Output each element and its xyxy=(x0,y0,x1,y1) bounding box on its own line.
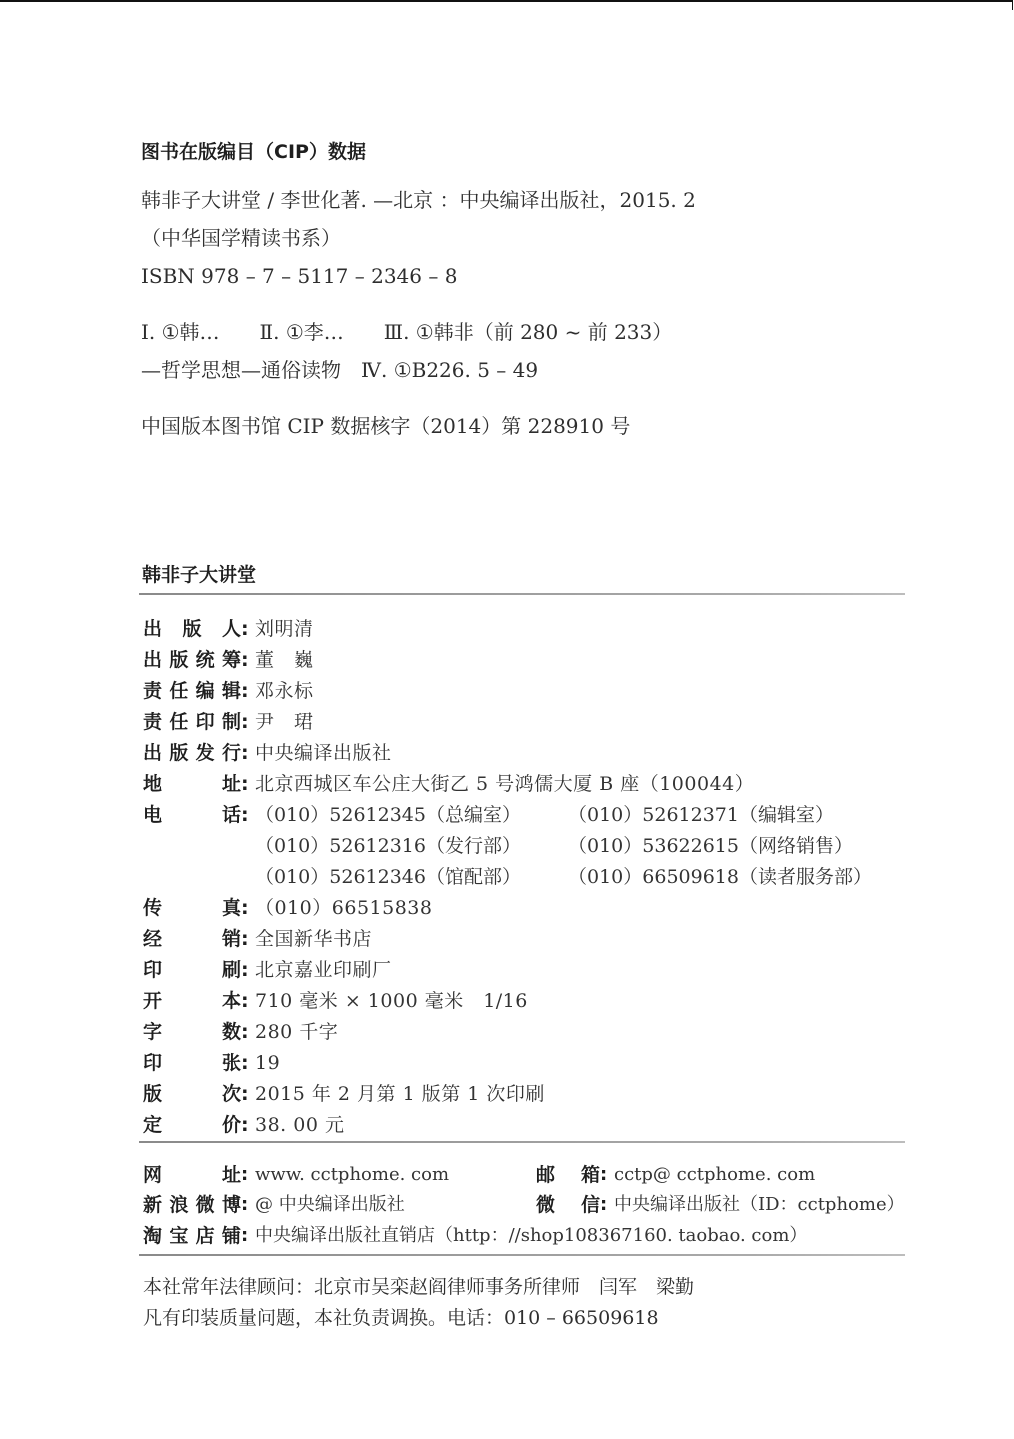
label-colon: : xyxy=(241,926,255,952)
label-colon: : xyxy=(241,740,255,766)
label-colon: : xyxy=(241,1112,255,1138)
spec-label: 印张 xyxy=(143,1050,241,1076)
spec-label: 版次 xyxy=(143,1081,241,1107)
spec-value: （010）66515838 xyxy=(255,895,432,921)
specs-divider xyxy=(139,1141,905,1143)
contacts-divider xyxy=(139,1254,905,1256)
imprint-value: 刘明清 xyxy=(255,616,314,642)
label-colon: : xyxy=(241,771,255,797)
title-divider xyxy=(139,593,905,595)
cip-line-title-author: 韩非子大讲堂 / 李世化著. —北京 ：中央编译出版社，2015. 2 xyxy=(141,187,696,213)
email-field: 邮 箱 : cctp@ cctphome. com xyxy=(536,1162,815,1188)
page-top-border xyxy=(0,0,1012,2)
label-colon: : xyxy=(241,616,255,642)
phone-number: （010）52612345（总编室） xyxy=(255,804,521,826)
label-colon: : xyxy=(241,647,255,673)
phone-field: 电 话 : xyxy=(143,802,255,828)
spec-row: 印张:19 xyxy=(143,1050,280,1076)
phone-label: 电 话 xyxy=(143,802,241,828)
imprint-row: 责任编辑:邓永标 xyxy=(143,678,314,704)
phone-row: （010）52612316（发行部） （010）53622615（网络销售） xyxy=(255,833,521,859)
spec-label: 经销 xyxy=(143,926,241,952)
weibo-account: @ 中央编译出版社 xyxy=(255,1192,405,1218)
phone-number: （010）52612316（发行部） xyxy=(255,835,521,857)
taobao-store-link[interactable]: 中央编译出版社直销店（http：//shop108367160. taobao.… xyxy=(255,1223,807,1249)
phone-number: （010）53622615（网络销售） xyxy=(568,833,853,859)
imprint-row: 出版发行:中央编译出版社 xyxy=(143,740,392,766)
imprint-label: 出版统筹 xyxy=(143,647,241,673)
taobao-label: 淘 宝 店 铺 xyxy=(143,1223,241,1249)
email-link[interactable]: cctp@ cctphome. com xyxy=(614,1162,815,1188)
phone-number: （010）52612346（馆配部） xyxy=(255,866,521,888)
label-colon: : xyxy=(241,1162,255,1188)
imprint-label: 出版发行 xyxy=(143,740,241,766)
spec-value: 北京嘉业印刷厂 xyxy=(255,957,392,983)
spec-row: 定价:38. 00 元 xyxy=(143,1112,344,1138)
cip-classification-line-1: Ⅰ. ①韩… Ⅱ. ①李… Ⅲ. ①韩非（前 280 ~ 前 233） xyxy=(141,319,672,345)
imprint-value: 邓永标 xyxy=(255,678,314,704)
label-colon: : xyxy=(241,1019,255,1045)
spec-row: 印刷:北京嘉业印刷厂 xyxy=(143,957,392,983)
phone-number: （010）52612371（编辑室） xyxy=(568,802,834,828)
legal-counsel-note: 本社常年法律顾问：北京市吴栾赵阎律师事务所律师 闫军 梁勤 xyxy=(143,1274,694,1300)
cip-heading: 图书在版编目（CIP）数据 xyxy=(141,139,366,165)
label-colon: : xyxy=(241,1192,255,1218)
taobao-field: 淘 宝 店 铺 : 中央编译出版社直销店（http：//shop10836716… xyxy=(143,1223,807,1249)
quality-guarantee-note: 凡有印装质量问题，本社负责调换。电话：010 – 66509618 xyxy=(143,1305,659,1331)
label-colon: : xyxy=(241,1223,255,1249)
spec-label: 字数 xyxy=(143,1019,241,1045)
imprint-row: 地址:北京西城区车公庄大街乙 5 号鸿儒大厦 B 座（100044） xyxy=(143,771,754,797)
label-colon: : xyxy=(600,1162,614,1188)
spec-row: 传真:（010）66515838 xyxy=(143,895,432,921)
spec-value: 全国新华书店 xyxy=(255,926,372,952)
spec-label: 定价 xyxy=(143,1112,241,1138)
imprint-value: 北京西城区车公庄大街乙 5 号鸿儒大厦 B 座（100044） xyxy=(255,771,754,797)
website-label: 网 址 xyxy=(143,1162,241,1188)
spec-value: 2015 年 2 月第 1 版第 1 次印刷 xyxy=(255,1081,545,1107)
imprint-label: 地址 xyxy=(143,771,241,797)
wechat-account: 中央编译出版社（ID：cctphome） xyxy=(614,1192,905,1218)
spec-value: 280 千字 xyxy=(255,1019,338,1045)
email-label: 邮 箱 xyxy=(536,1162,600,1188)
website-field: 网 址 : www. cctphome. com xyxy=(143,1162,449,1188)
phone-number: （010）66509618（读者服务部） xyxy=(568,864,872,890)
book-title: 韩非子大讲堂 xyxy=(142,562,256,588)
spec-value: 710 毫米 × 1000 毫米 1/16 xyxy=(255,988,528,1014)
spec-value: 19 xyxy=(255,1050,280,1076)
spec-row: 字数:280 千字 xyxy=(143,1019,338,1045)
spec-row: 经销:全国新华书店 xyxy=(143,926,372,952)
label-colon: : xyxy=(241,678,255,704)
label-colon: : xyxy=(241,1081,255,1107)
spec-value: 38. 00 元 xyxy=(255,1112,344,1138)
spec-row: 版次:2015 年 2 月第 1 版第 1 次印刷 xyxy=(143,1081,545,1107)
page-right-border xyxy=(1012,0,1013,10)
phone-row: （010）52612346（馆配部） （010）66509618（读者服务部） xyxy=(255,864,521,890)
cip-line-series: （中华国学精读书系） xyxy=(141,225,341,251)
website-link[interactable]: www. cctphome. com xyxy=(255,1162,449,1188)
spec-row: 开本:710 毫米 × 1000 毫米 1/16 xyxy=(143,988,528,1014)
cip-record-number: 中国版本图书馆 CIP 数据核字（2014）第 228910 号 xyxy=(141,413,630,439)
imprint-row: 出版统筹:董 巍 xyxy=(143,647,314,673)
label-colon: : xyxy=(241,895,255,921)
imprint-label: 责任编辑 xyxy=(143,678,241,704)
imprint-value: 董 巍 xyxy=(255,647,314,673)
phone-row: （010）52612345（总编室） （010）52612371（编辑室） xyxy=(255,802,521,828)
wechat-label: 微 信 xyxy=(536,1192,600,1218)
cip-classification-line-2: —哲学思想—通俗读物 Ⅳ. ①B226. 5 – 49 xyxy=(141,357,538,383)
label-colon: : xyxy=(241,1050,255,1076)
cip-line-isbn: ISBN 978 – 7 – 5117 – 2346 – 8 xyxy=(141,263,457,289)
wechat-field: 微 信 : 中央编译出版社（ID：cctphome） xyxy=(536,1192,905,1218)
spec-label: 印刷 xyxy=(143,957,241,983)
spec-label: 传真 xyxy=(143,895,241,921)
weibo-field: 新 浪 微 博 : @ 中央编译出版社 xyxy=(143,1192,405,1218)
imprint-row: 出版人:刘明清 xyxy=(143,616,314,642)
label-colon: : xyxy=(241,709,255,735)
label-colon: : xyxy=(600,1192,614,1218)
imprint-row: 责任印制:尹 珺 xyxy=(143,709,314,735)
imprint-value: 尹 珺 xyxy=(255,709,314,735)
spec-label: 开本 xyxy=(143,988,241,1014)
label-colon: : xyxy=(241,988,255,1014)
label-colon: : xyxy=(241,957,255,983)
imprint-label: 责任印制 xyxy=(143,709,241,735)
imprint-value: 中央编译出版社 xyxy=(255,740,392,766)
weibo-label: 新 浪 微 博 xyxy=(143,1192,241,1218)
imprint-label: 出版人 xyxy=(143,616,241,642)
label-colon: : xyxy=(241,802,255,828)
